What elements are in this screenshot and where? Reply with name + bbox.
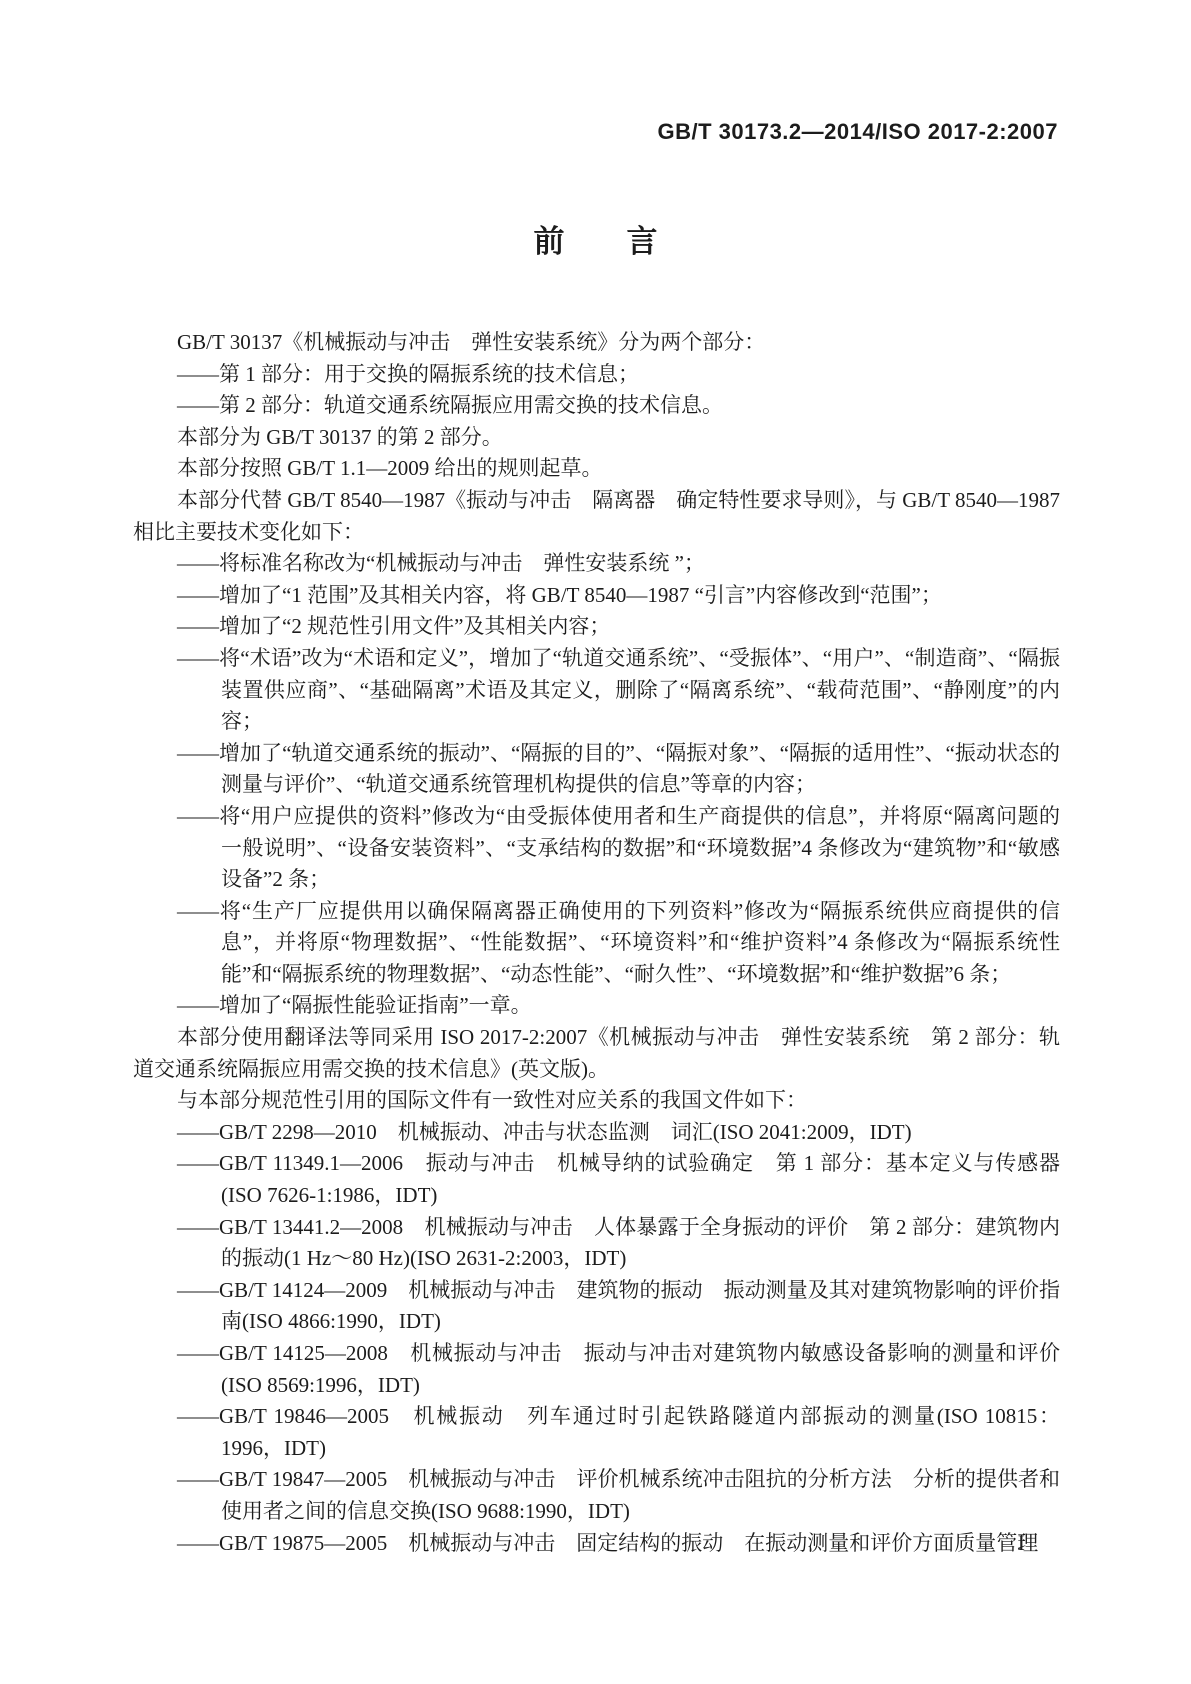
list-item: ——将“生产厂应提供用以确保隔离器正确使用的下列资料”修改为“隔振系统供应商提供… [133, 896, 1060, 991]
list-item: ——GB/T 19847—2005 机械振动与冲击 评价机械系统冲击阻抗的分析方… [133, 1464, 1060, 1527]
paragraph: GB/T 30137《机械振动与冲击 弹性安装系统》分为两个部分： [133, 327, 1060, 359]
body-text: GB/T 30137《机械振动与冲击 弹性安装系统》分为两个部分：——第 1 部… [133, 327, 1060, 1559]
standard-code-header: GB/T 30173.2—2014/ISO 2017-2:2007 [657, 119, 1058, 145]
list-item: ——增加了“1 范围”及其相关内容，将 GB/T 8540—1987 “引言”内… [133, 580, 1060, 612]
paragraph: 与本部分规范性引用的国际文件有一致性对应关系的我国文件如下： [133, 1085, 1060, 1117]
list-item: ——增加了“轨道交通系统的振动”、“隔振的目的”、“隔振对象”、“隔振的适用性”… [133, 738, 1060, 801]
list-item: ——GB/T 14124—2009 机械振动与冲击 建筑物的振动 振动测量及其对… [133, 1275, 1060, 1338]
list-item: ——GB/T 2298—2010 机械振动、冲击与状态监测 词汇(ISO 204… [133, 1117, 1060, 1149]
paragraph: 本部分代替 GB/T 8540—1987《振动与冲击 隔离器 确定特性要求导则》… [133, 485, 1060, 548]
paragraph: 本部分为 GB/T 30137 的第 2 部分。 [133, 422, 1060, 454]
paragraph: 本部分按照 GB/T 1.1—2009 给出的规则起草。 [133, 453, 1060, 485]
list-item: ——将标准名称改为“机械振动与冲击 弹性安装系统 ”； [133, 548, 1060, 580]
list-item: ——GB/T 19846—2005 机械振动 列车通过时引起铁路隧道内部振动的测… [133, 1401, 1060, 1464]
page-number: I [1018, 1530, 1025, 1556]
list-item: ——GB/T 19875—2005 机械振动与冲击 固定结构的振动 在振动测量和… [133, 1528, 1060, 1560]
list-item: ——增加了“2 规范性引用文件”及其相关内容； [133, 611, 1060, 643]
list-item: ——将“术语”改为“术语和定义”，增加了“轨道交通系统”、“受振体”、“用户”、… [133, 643, 1060, 738]
page-title: 前 言 [0, 221, 1191, 263]
list-item: ——GB/T 13441.2—2008 机械振动与冲击 人体暴露于全身振动的评价… [133, 1212, 1060, 1275]
list-item: ——第 2 部分：轨道交通系统隔振应用需交换的技术信息。 [133, 390, 1060, 422]
document-page: GB/T 30173.2—2014/ISO 2017-2:2007 前 言 GB… [0, 0, 1191, 1684]
list-item: ——将“用户应提供的资料”修改为“由受振体使用者和生产商提供的信息”，并将原“隔… [133, 801, 1060, 896]
list-item: ——增加了“隔振性能验证指南”一章。 [133, 990, 1060, 1022]
list-item: ——GB/T 14125—2008 机械振动与冲击 振动与冲击对建筑物内敏感设备… [133, 1338, 1060, 1401]
list-item: ——第 1 部分：用于交换的隔振系统的技术信息； [133, 359, 1060, 391]
list-item: ——GB/T 11349.1—2006 振动与冲击 机械导纳的试验确定 第 1 … [133, 1148, 1060, 1211]
paragraph: 本部分使用翻译法等同采用 ISO 2017-2:2007《机械振动与冲击 弹性安… [133, 1022, 1060, 1085]
